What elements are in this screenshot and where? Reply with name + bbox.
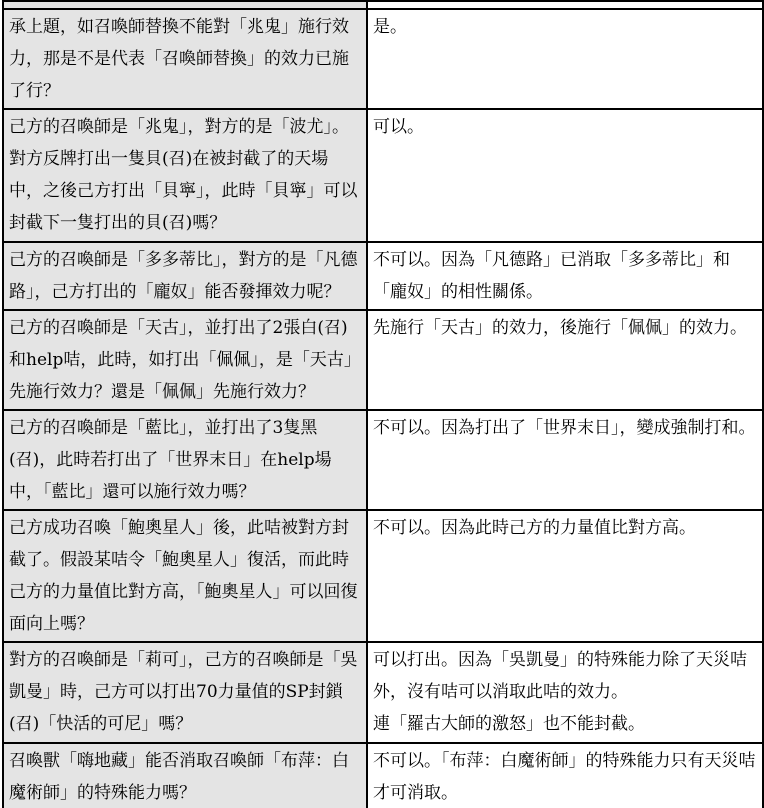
table-row: 己方的召喚師是「兆鬼」，對方的是「波尤」。對方反牌打出一隻貝(召)在被封截了的天…	[3, 109, 763, 242]
table-row: 召喚獸「嗨地藏」能否消取召喚師「布萍：白魔術師」的特殊能力嗎？不可以。「布萍：白…	[3, 743, 763, 808]
question-cell: 己方的召喚師是「藍比」，並打出了3隻黑(召)，此時若打出了「世界末日」在help…	[3, 410, 367, 510]
answer-cell: 可以。	[367, 109, 763, 242]
question-cell: 己方的召喚師是「天古」，並打出了2張白(召)和help咭，此時，如打出「佩佩」，…	[3, 310, 367, 410]
answer-cell: 不可以。因為「凡德路」已消取「多多蒂比」和「龐奴」的相性關係。	[367, 242, 763, 310]
question-cell	[3, 1, 367, 9]
table-row: 己方的召喚師是「天古」，並打出了2張白(召)和help咭，此時，如打出「佩佩」，…	[3, 310, 763, 410]
answer-cell: 先施行「天古」的效力，後施行「佩佩」的效力。	[367, 310, 763, 410]
question-cell: 承上題，如召喚師替換不能對「兆鬼」施行效力，那是不是代表「召喚師替換」的效力已施…	[3, 9, 367, 109]
question-cell: 己方的召喚師是「多多蒂比」，對方的是「凡德路」，己方打出的「龐奴」能否發揮效力呢…	[3, 242, 367, 310]
qa-table: 承上題，如召喚師替換不能對「兆鬼」施行效力，那是不是代表「召喚師替換」的效力已施…	[2, 0, 764, 808]
answer-cell	[367, 1, 763, 9]
table-row: 己方的召喚師是「藍比」，並打出了3隻黑(召)，此時若打出了「世界末日」在help…	[3, 410, 763, 510]
answer-cell: 不可以。因為此時己方的力量值比對方高。	[367, 510, 763, 642]
answer-cell: 可以打出。因為「吳凱曼」的特殊能力除了天災咭外，沒有咭可以消取此咭的效力。 連「…	[367, 642, 763, 743]
table-row: 己方的召喚師是「多多蒂比」，對方的是「凡德路」，己方打出的「龐奴」能否發揮效力呢…	[3, 242, 763, 310]
qa-table-body: 承上題，如召喚師替換不能對「兆鬼」施行效力，那是不是代表「召喚師替換」的效力已施…	[3, 1, 763, 808]
question-cell: 召喚獸「嗨地藏」能否消取召喚師「布萍：白魔術師」的特殊能力嗎？	[3, 743, 367, 808]
table-row: 對方的召喚師是「莉可」，己方的召喚師是「吳凱曼」時，己方可以打出70力量值的SP…	[3, 642, 763, 743]
answer-cell: 不可以。因為打出了「世界末日」，變成強制打和。	[367, 410, 763, 510]
table-row: 承上題，如召喚師替換不能對「兆鬼」施行效力，那是不是代表「召喚師替換」的效力已施…	[3, 9, 763, 109]
question-cell: 己方的召喚師是「兆鬼」，對方的是「波尤」。對方反牌打出一隻貝(召)在被封截了的天…	[3, 109, 367, 242]
question-cell: 對方的召喚師是「莉可」，己方的召喚師是「吳凱曼」時，己方可以打出70力量值的SP…	[3, 642, 367, 743]
answer-cell: 是。	[367, 9, 763, 109]
table-row	[3, 1, 763, 9]
answer-cell: 不可以。「布萍：白魔術師」的特殊能力只有天災咭才可消取。	[367, 743, 763, 808]
document-page: 承上題，如召喚師替換不能對「兆鬼」施行效力，那是不是代表「召喚師替換」的效力已施…	[0, 0, 764, 808]
question-cell: 己方成功召喚「鮑奧星人」後，此咭被對方封截了。假設某咭令「鮑奧星人」復活，而此時…	[3, 510, 367, 642]
table-row: 己方成功召喚「鮑奧星人」後，此咭被對方封截了。假設某咭令「鮑奧星人」復活，而此時…	[3, 510, 763, 642]
